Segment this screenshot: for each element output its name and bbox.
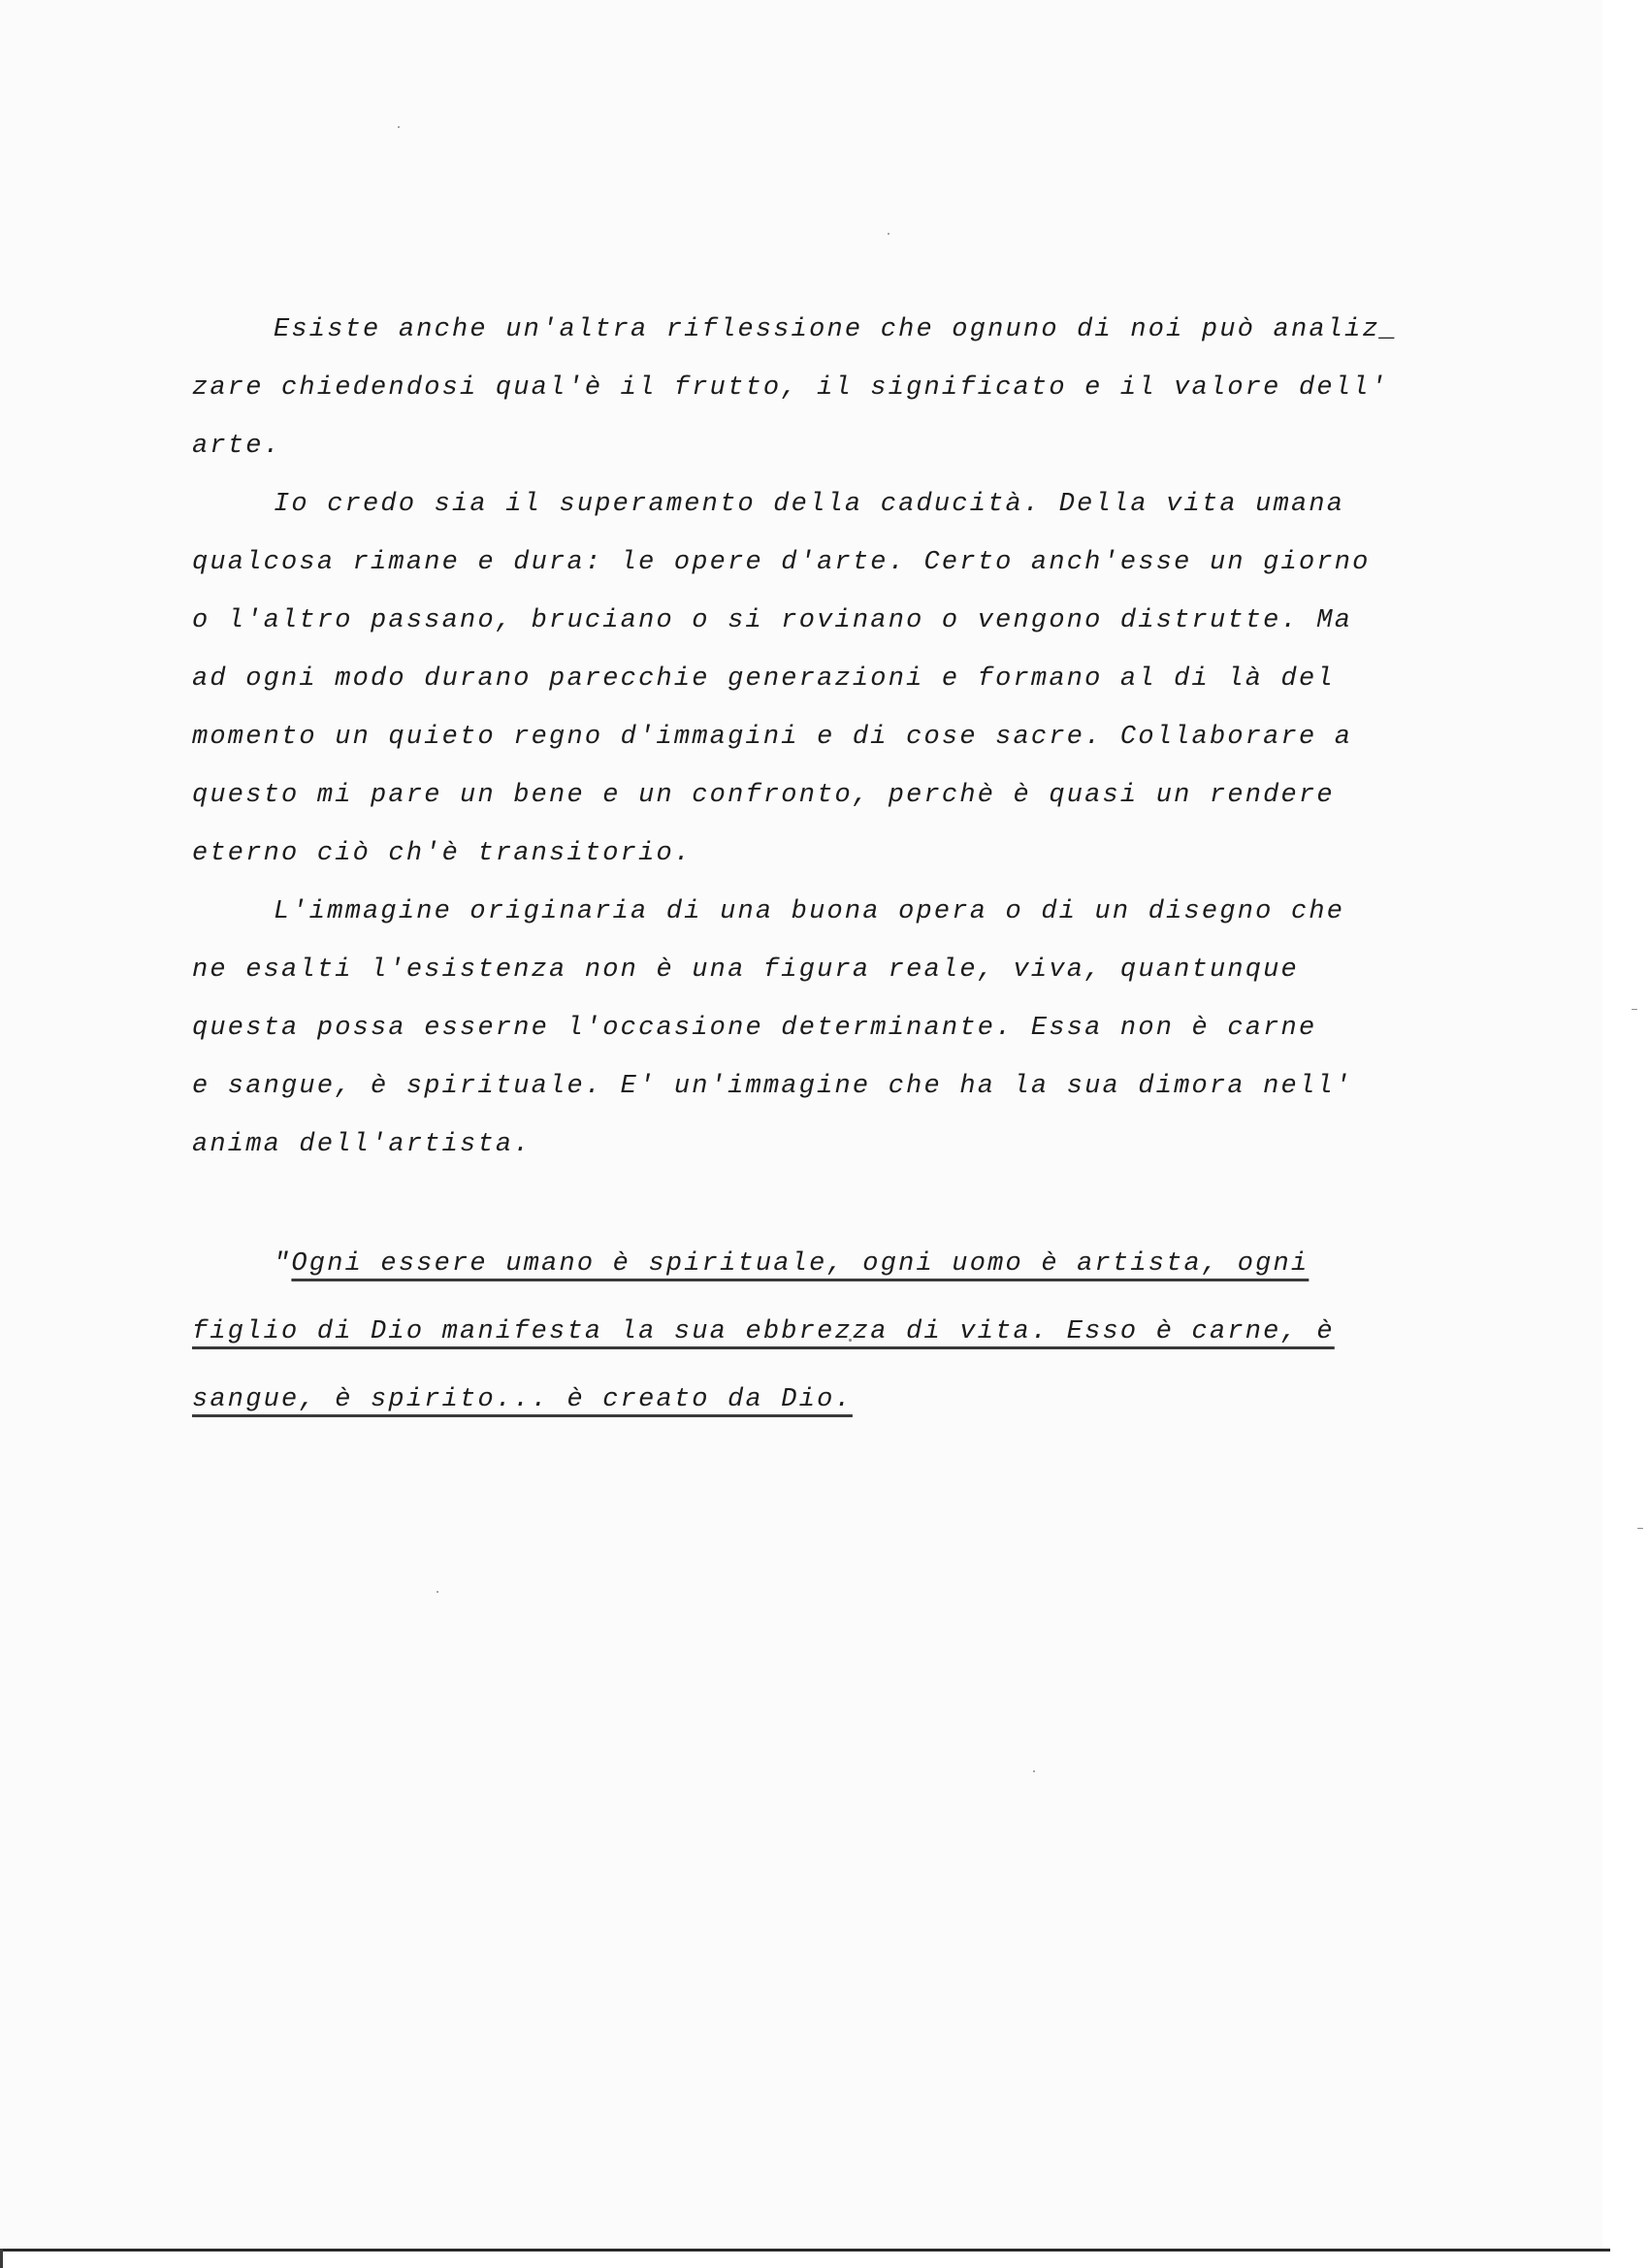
text-line: questo mi pare un bene e un confronto, p… [192,766,1317,825]
text-line: qualcosa rimane e dura: le opere d'arte.… [192,534,1317,592]
underlined-quote: "Ogni essere umano è spirituale, ogni uo… [192,1230,1317,1434]
text-line: o l'altro passano, bruciano o si rovinan… [192,592,1317,650]
quote-text: sangue, è spirito... è creato da Dio. [192,1385,853,1414]
quote-line: figlio di Dio manifesta la sua ebbrezza … [192,1298,1317,1366]
quote-line: sangue, è spirito... è creato da Dio. [192,1366,1317,1434]
paragraph-3: L'immagine originaria di una buona opera… [192,883,1317,1174]
text-line: Esiste anche un'altra riflessione che og… [192,301,1317,359]
text-line: e sangue, è spirituale. E' un'immagine c… [192,1057,1317,1116]
document-body: Esiste anche un'altra riflessione che og… [192,301,1317,1434]
scan-speck [1033,1770,1035,1772]
text-line: ne esalti l'esistenza non è una figura r… [192,941,1317,999]
text-line: L'immagine originaria di una buona opera… [192,883,1317,941]
scan-speck [888,233,889,235]
scan-speck [1637,1528,1643,1529]
text-line: momento un quieto regno d'immagini e di … [192,708,1317,766]
quote-text: figlio di Dio manifesta la sua ebbrezza … [192,1317,1335,1346]
quote-text: Ogni essere umano è spirituale, ogni uom… [291,1249,1309,1279]
text-line: questa possa esserne l'occasione determi… [192,999,1317,1057]
quote-line: "Ogni essere umano è spirituale, ogni uo… [192,1230,1317,1298]
text-line: ad ogni modo durano parecchie generazion… [192,650,1317,708]
text-line: zare chiedendosi qual'è il frutto, il si… [192,359,1317,417]
text-line: arte. [192,417,1317,475]
text-line: eterno ciò ch'è transitorio. [192,825,1317,883]
scan-speck [436,1591,438,1593]
paragraph-1: Esiste anche un'altra riflessione che og… [192,301,1317,475]
paragraph-2: Io credo sia il superamento della caduci… [192,475,1317,883]
page-left-edge [0,2249,3,2268]
page-bottom-edge [0,2249,1610,2252]
text-line: anima dell'artista. [192,1116,1317,1174]
text-line: Io credo sia il superamento della caduci… [192,475,1317,534]
opening-quote-mark: " [274,1249,291,1279]
scan-speck [1632,1009,1637,1010]
paragraph-gap [192,1174,1317,1230]
scan-speck [398,126,400,128]
